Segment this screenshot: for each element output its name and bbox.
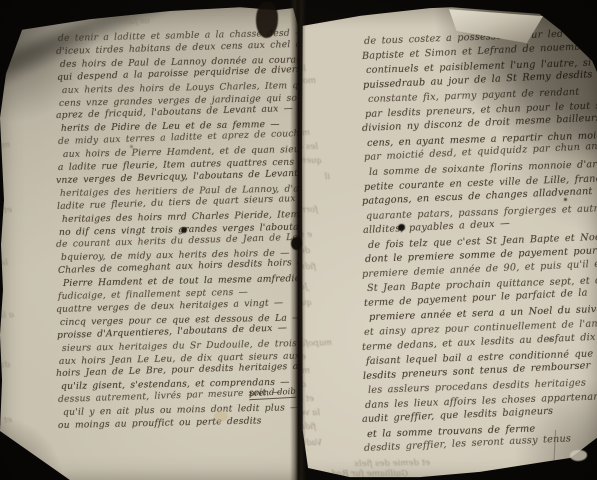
manuscript-line: ou moings au prouffict ou perte desdits [58,415,262,431]
bleed-through-text: et du [0,205,13,217]
manuscript-line: qu'il y en ait plus ou moins dont ledit … [63,402,300,418]
bleed-through-text: et fils [0,415,13,427]
bleed-through-text: us fann [118,16,150,27]
ink-spot [570,450,587,461]
bleed-through-text: a la [0,310,14,321]
bleed-through-text: les deus [0,258,8,270]
bleed-through-text: mi fans [0,140,11,154]
bleed-through-text: mapofa [300,338,332,349]
bleed-through-text: il [325,172,330,182]
manuscript-line: Pierre Hamdent et de tout la mesme amfre… [63,273,315,289]
bleed-through-text: Guilliame fur Rad [332,469,409,479]
manuscript-scan: de tenir a laditte et samble a la chasse… [0,0,597,480]
bleed-through-text: et demie des fiels [354,458,430,469]
bleed-through-text: fidai [297,422,316,432]
ink-spot [291,237,302,250]
bleed-through-text: quen [300,156,322,166]
bleed-through-text: les o [298,142,318,152]
bleed-through-text: du dit lieu [0,360,10,373]
margin-note: prend doib [249,387,296,400]
